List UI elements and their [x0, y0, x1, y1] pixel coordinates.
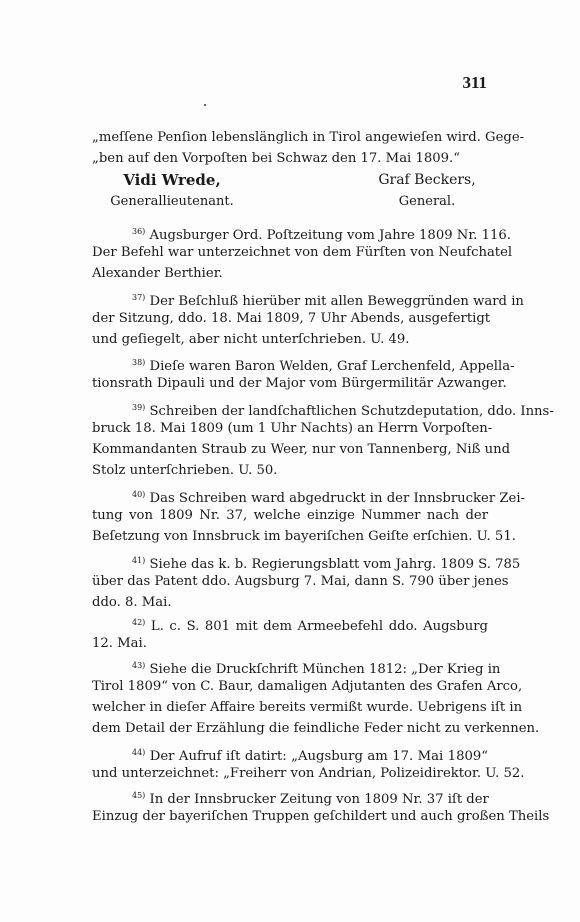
text-segment: Schreiben der landſchaftlichen Schutzdep…: [150, 404, 554, 419]
footnote-38: 38) Dieſe waren Baron Welden, Graf Lerch…: [92, 352, 488, 394]
text-line: 36) Augsburger Ord. Poſtzeitung vom Jahr…: [92, 221, 488, 242]
footnote-45: 45) In der Innsbrucker Zeitung von 1809 …: [92, 785, 488, 827]
footnote-mark: 40): [132, 490, 145, 499]
footnote-43: 43) Siehe die Druckſchrift München 1812:…: [92, 655, 488, 739]
text-line: 42) L. c. S. 801 mit dem Armeebefehl ddo…: [92, 612, 488, 633]
text-segment: Augsburger Ord. Poſtzeitung vom Jahre 18…: [150, 228, 511, 243]
text-line: tionsrath Dipauli und der Major vom Bürg…: [92, 373, 488, 394]
footnote-41: 41) Siehe das k. b. Regierungsblatt vom …: [92, 550, 488, 613]
text-segment: Der Aufruf iſt datirt: „Augsburg am 17. …: [150, 749, 488, 764]
footnote-42: 42) L. c. S. 801 mit dem Armeebefehl ddo…: [92, 612, 488, 654]
footnote-mark: 44): [132, 748, 145, 757]
signature-right: Graf Beckers, General.: [362, 170, 492, 212]
text-line: bruck 18. Mai 1809 (um 1 Uhr Nachts) an …: [92, 418, 488, 439]
page-number: 311: [462, 73, 487, 93]
text-line: 12. Mai.: [92, 633, 488, 654]
text-line: über das Patent ddo. Augsburg 7. Mai, da…: [92, 571, 488, 592]
text-line: „ben auf den Vorpoſten bei Schwaz den 17…: [92, 148, 488, 169]
text-line: 45) In der Innsbrucker Zeitung von 1809 …: [92, 785, 488, 806]
signature-left: Vidi Wrede, Generallieutenant.: [92, 170, 252, 212]
footnote-mark: 36): [132, 227, 145, 236]
text-segment: Das Schreiben ward abgedruckt in der Inn…: [150, 491, 525, 506]
text-line: 37) Der Beſchluß hierüber mit allen Bewe…: [92, 287, 488, 308]
footnote-40: 40) Das Schreiben ward abgedruckt in der…: [92, 484, 488, 547]
footnote-mark: 41): [132, 556, 145, 565]
text-line: 39) Schreiben der landſchaftlichen Schut…: [92, 397, 488, 418]
signature-title: General.: [362, 191, 492, 212]
footnote-mark: 38): [132, 358, 145, 367]
text-line: Alexander Berthier.: [92, 263, 488, 284]
book-page: 311 „meſſene Penſion lebenslänglich in T…: [0, 0, 580, 922]
text-line: Einzug der bayeriſchen Truppen geſchilde…: [92, 806, 488, 827]
text-segment: L. c. S. 801 mit dem Armeebefehl ddo. Au…: [151, 619, 488, 634]
text-segment: Siehe die Druckſchrift München 1812: „De…: [150, 662, 501, 677]
text-line: Kommandanten Straub zu Weer, nur von Tan…: [92, 439, 488, 460]
continuation-text: „meſſene Penſion lebenslänglich in Tirol…: [92, 127, 488, 169]
text-line: Der Befehl war unterzeichnet von dem Für…: [92, 242, 488, 263]
text-line: 44) Der Aufruf iſt datirt: „Augsburg am …: [92, 742, 488, 763]
footnote-44: 44) Der Aufruf iſt datirt: „Augsburg am …: [92, 742, 488, 784]
text-line: 40) Das Schreiben ward abgedruckt in der…: [92, 484, 488, 505]
text-line: und unterzeichnet: „Freiherr von Andrian…: [92, 763, 488, 784]
text-line: Tirol 1809“ von C. Baur, damaligen Adjut…: [92, 676, 488, 697]
text-line: tung von 1809 Nr. 37, welche einzige Num…: [92, 505, 488, 526]
text-segment: In der Innsbrucker Zeitung von 1809 Nr. …: [150, 792, 489, 807]
footnote-37: 37) Der Beſchluß hierüber mit allen Bewe…: [92, 287, 488, 350]
text-line: welcher in dieſer Affaire bereits vermiß…: [92, 697, 488, 718]
signature-name: Vidi Wrede,: [92, 170, 252, 191]
text-line: dem Detail der Erzählung die feindliche …: [92, 718, 488, 739]
signature-title: Generallieutenant.: [92, 191, 252, 212]
text-line: Beſetzung von Innsbruck im bayeriſchen G…: [92, 526, 488, 547]
text-line: 41) Siehe das k. b. Regierungsblatt vom …: [92, 550, 488, 571]
footnote-mark: 43): [132, 661, 145, 670]
footnote-mark: 42): [132, 618, 145, 627]
footnote-mark: 37): [132, 293, 145, 302]
text-segment: Siehe das k. b. Regierungsblatt vom Jahr…: [150, 557, 521, 572]
text-line: 38) Dieſe waren Baron Welden, Graf Lerch…: [92, 352, 488, 373]
text-segment: Der Beſchluß hierüber mit allen Beweggrü…: [150, 294, 524, 309]
footnote-mark: 39): [132, 403, 145, 412]
text-line: ddo. 8. Mai.: [92, 592, 488, 613]
text-line: 43) Siehe die Druckſchrift München 1812:…: [92, 655, 488, 676]
text-line: und geſiegelt, aber nicht unterſchrieben…: [92, 329, 488, 350]
text-segment: Dieſe waren Baron Welden, Graf Lerchenfe…: [150, 359, 515, 374]
print-speck: [204, 104, 206, 106]
text-line: der Sitzung, ddo. 18. Mai 1809, 7 Uhr Ab…: [92, 308, 488, 329]
footnote-mark: 45): [132, 791, 145, 800]
footnote-39: 39) Schreiben der landſchaftlichen Schut…: [92, 397, 488, 481]
signature-name: Graf Beckers,: [362, 170, 492, 191]
footnote-36: 36) Augsburger Ord. Poſtzeitung vom Jahr…: [92, 221, 488, 284]
text-line: „meſſene Penſion lebenslänglich in Tirol…: [92, 127, 488, 148]
text-line: Stolz unterſchrieben. U. 50.: [92, 460, 488, 481]
